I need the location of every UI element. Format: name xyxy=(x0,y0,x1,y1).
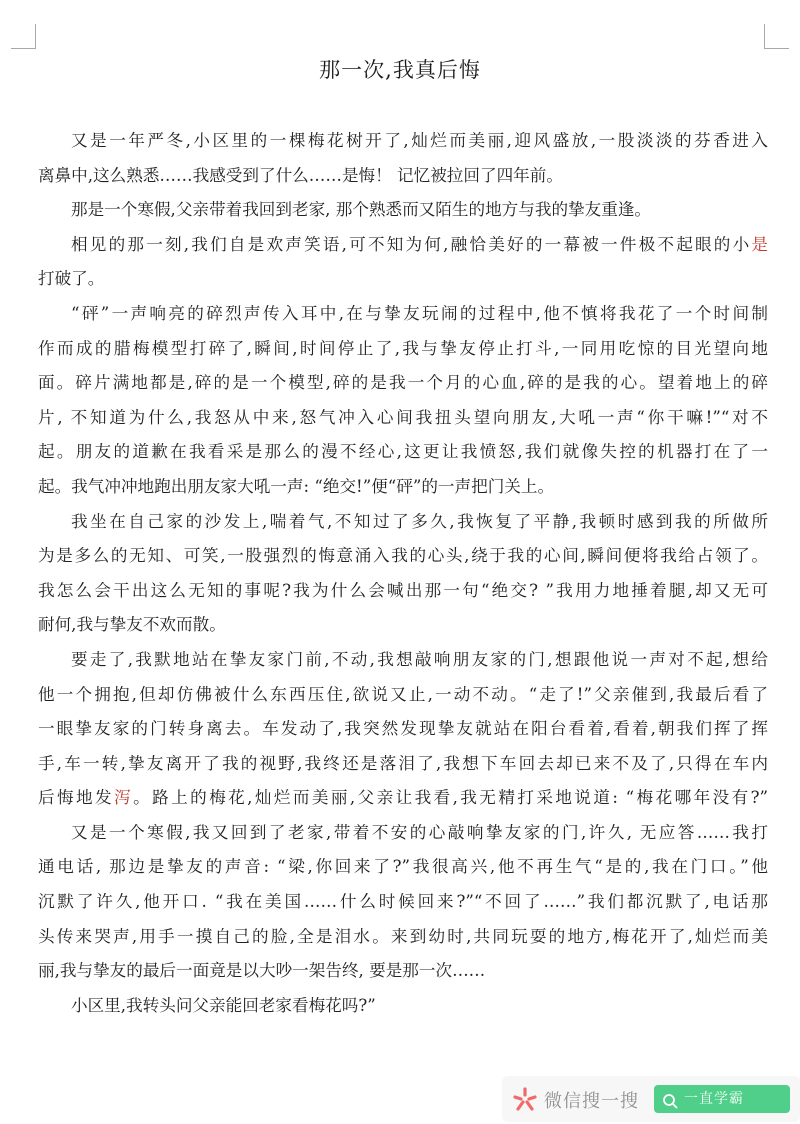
text-segment: 。路上的梅花,灿烂而美丽,父亲让我看,我无精打采地说道: “梅花哪年没有?” xyxy=(133,788,768,807)
text-segment: 后悔地发 xyxy=(38,788,114,807)
wechat-search-icon xyxy=(512,1086,538,1112)
text-line: 作而成的腊梅模型打碎了,瞬间,时间停止了,我与挚友停止打斗,一同用吃惊的目光望向… xyxy=(38,332,768,367)
text-segment: 相见的那一刻,我们自是欢声笑语,可不知为何,融恰美好的一幕被一件极不起眼的小 xyxy=(71,235,751,254)
text-line: 面。碎片满地都是,碎的是一个模型,碎的是我一个月的心血,碎的是我的心。望着地上的… xyxy=(38,366,768,401)
wechat-search-watermark[interactable]: 微信搜一搜 一直学霸 xyxy=(502,1076,800,1122)
text-line: 耐何,我与挚友不欢而散。 xyxy=(38,608,768,643)
text-line: 离鼻中,这么熟悉……我感受到了什么……是悔！ 记忆被拉回了四年前。 xyxy=(38,159,768,194)
text-line: 起。我气冲冲地跑出朋友家大吼一声: “绝交!”便“砰”的一声把门关上。 xyxy=(38,470,768,505)
text-line: 起。朋友的道歉在我看采是那么的漫不经心,这更让我愤怒,我们就像失控的机器打在了一 xyxy=(38,435,768,470)
highlighted-char: 泻 xyxy=(114,788,133,807)
text-line: 要走了,我默地站在挚友家门前,不动,我想敲响朋友家的门,想跟他说一声对不起,想给 xyxy=(38,643,768,678)
watermark-label: 微信搜一搜 xyxy=(544,1087,639,1113)
text-line: 一眼挚友家的门转身离去。车发动了,我突然发现挚友就站在阳台看着,看着,朝我们挥了… xyxy=(38,712,768,747)
crop-mark-top-right xyxy=(764,24,789,49)
document-title: 那一次,我真后悔 xyxy=(0,54,800,84)
search-icon xyxy=(662,1091,678,1107)
document-body: 又是一年严冬,小区里的一棵梅花树开了,灿烂而美丽,迎风盛放,一股淡淡的芬香进入 … xyxy=(38,124,768,1023)
text-line: 后悔地发泻。路上的梅花,灿烂而美丽,父亲让我看,我无精打采地说道: “梅花哪年没… xyxy=(38,781,768,816)
text-line: 相见的那一刻,我们自是欢声笑语,可不知为何,融恰美好的一幕被一件极不起眼的小是 xyxy=(38,228,768,263)
text-line: “砰”一声响亮的碎烈声传入耳中,在与挚友玩闹的过程中,他不慎将我花了一个时间制 xyxy=(38,297,768,332)
text-line: 我坐在自己家的沙发上,喘着气,不知过了多久,我恢复了平静,我顿时感到我的所做所 xyxy=(38,505,768,540)
text-line: 那是一个寒假,父亲带着我回到老家, 那个熟悉而又陌生的地方与我的挚友重逢。 xyxy=(38,193,768,228)
watermark-button-label: 一直学霸 xyxy=(684,1085,744,1113)
text-line: 手,车一转,挚友离开了我的视野,我终还是落泪了,我想下车回去却已来不及了,只得在… xyxy=(38,747,768,782)
text-line: 小区里,我转头问父亲能回老家看梅花吗?” xyxy=(38,989,768,1024)
text-line: 头传来哭声,用手一摸自己的脸,全是泪水。来到幼时,共同玩耍的地方,梅花开了,灿烂… xyxy=(38,920,768,955)
text-line: 沉默了许久,他开口. “我在美国……什么时候回来?”“不回了……”我们都沉默了,… xyxy=(38,885,768,920)
text-line: 又是一个寒假,我又回到了老家,带着不安的心敲响挚友家的门,许久, 无应答……我打 xyxy=(38,816,768,851)
text-line: 片, 不知道为什么,我怒从中来,怒气冲入心间我扭头望向朋友,大吼一声“你干嘛!”… xyxy=(38,401,768,436)
text-line: 丽,我与挚友的最后一面竟是以大吵一架告终, 要是那一次…… xyxy=(38,954,768,989)
highlighted-char: 是 xyxy=(751,235,768,254)
text-line: 他一个拥抱,但却仿佛被什么东西压住,欲说又止,一动不动。“走了!”父亲催到,我最… xyxy=(38,678,768,713)
text-line: 又是一年严冬,小区里的一棵梅花树开了,灿烂而美丽,迎风盛放,一股淡淡的芬香进入 xyxy=(38,124,768,159)
crop-mark-top-left xyxy=(11,24,36,49)
text-line: 我怎么会干出这么无知的事呢?我为什么会喊出那一句“绝交? ”我用力地捶着腿,却又… xyxy=(38,574,768,609)
watermark-search-button[interactable]: 一直学霸 xyxy=(654,1085,790,1113)
text-line: 为是多么的无知、可笑,一股强烈的悔意涌入我的心头,绕于我的心间,瞬间便将我给占领… xyxy=(38,539,768,574)
text-line: 通电话, 那边是挚友的声音: “梁,你回来了?”我很高兴,他不再生气“是的,我在… xyxy=(38,850,768,885)
text-line: 打破了。 xyxy=(38,262,768,297)
